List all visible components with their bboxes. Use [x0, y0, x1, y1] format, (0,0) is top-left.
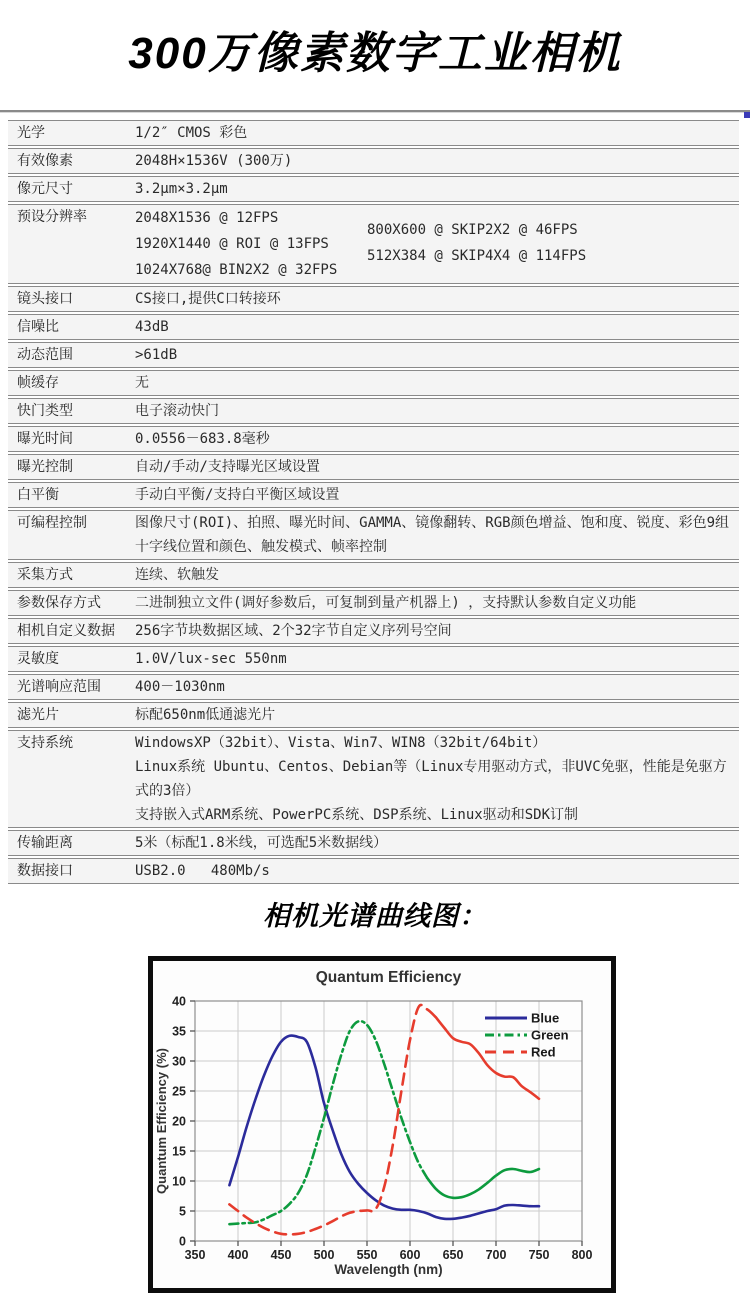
spec-value: 二进制独立文件(调好参数后，可复制到量产机器上) ，支持默认参数自定义功能: [135, 591, 739, 615]
series-red-line-solid: [436, 1017, 539, 1099]
spec-value: 43dB: [135, 315, 739, 339]
table-row: 快门类型电子滚动快门: [8, 398, 739, 424]
table-row: 数据接口USB2.0 480Mb/s: [8, 858, 739, 884]
spec-value: 400－1030nm: [135, 675, 739, 699]
spec-value-line: 1024X768@ BIN2X2 @ 32FPS: [135, 257, 367, 283]
series-green-line-dashed: [229, 1021, 427, 1224]
legend-red-label: Red: [531, 1045, 556, 1060]
spec-value: WindowsXP（32bit）、Vista、Win7、WIN8（32bit/6…: [135, 731, 739, 827]
table-row: 白平衡手动白平衡/支持白平衡区域设置: [8, 482, 739, 508]
spec-value: CS接口,提供C口转接环: [135, 287, 739, 311]
table-row: 相机自定义数据256字节块数据区域、2个32字节自定义序列号空间: [8, 618, 739, 644]
spec-value: 3.2μm×3.2μm: [135, 177, 739, 201]
quantum-efficiency-chart: 0510152025303540350400450500550600650700…: [148, 956, 616, 1293]
spec-label: 预设分辨率: [8, 205, 135, 229]
spec-label: 滤光片: [8, 703, 135, 727]
spec-value: 手动白平衡/支持白平衡区域设置: [135, 483, 739, 507]
spec-label: 帧缓存: [8, 371, 135, 395]
spec-value-line: 800X600 @ SKIP2X2 @ 46FPS: [367, 217, 739, 243]
table-row: 镜头接口CS接口,提供C口转接环: [8, 286, 739, 312]
y-tick-label: 30: [172, 1055, 186, 1069]
corner-blue-mark: [744, 112, 750, 118]
y-tick-label: 40: [172, 995, 186, 1009]
spec-label: 参数保存方式: [8, 591, 135, 615]
spec-value-line: 2048X1536 @ 12FPS: [135, 205, 367, 231]
table-row: 像元尺寸3.2μm×3.2μm: [8, 176, 739, 202]
legend-green-label: Green: [531, 1028, 569, 1043]
spec-value: 256字节块数据区域、2个32字节自定义序列号空间: [135, 619, 739, 643]
x-tick-label: 700: [486, 1248, 507, 1262]
x-axis-label: Wavelength (nm): [334, 1262, 442, 1277]
x-tick-label: 350: [185, 1248, 206, 1262]
table-row: 预设分辨率2048X1536 @ 12FPS1920X1440 @ ROI @ …: [8, 204, 739, 284]
spec-label: 曝光控制: [8, 455, 135, 479]
y-tick-label: 25: [172, 1085, 186, 1099]
spec-value: USB2.0 480Mb/s: [135, 859, 739, 883]
table-row: 支持系统WindowsXP（32bit）、Vista、Win7、WIN8（32b…: [8, 730, 739, 828]
spec-value-columns: 2048X1536 @ 12FPS1920X1440 @ ROI @ 13FPS…: [135, 205, 739, 283]
table-row: 帧缓存无: [8, 370, 739, 396]
spec-value: 标配650nm低通滤光片: [135, 703, 739, 727]
spec-value-column: 800X600 @ SKIP2X2 @ 46FPS512X384 @ SKIP4…: [367, 205, 739, 283]
spec-label: 有效像素: [8, 149, 135, 173]
y-tick-label: 20: [172, 1115, 186, 1129]
spec-value: 图像尺寸(ROI)、拍照、曝光时间、GAMMA、镜像翻转、RGB颜色增益、饱和度…: [135, 511, 739, 559]
x-tick-label: 500: [314, 1248, 335, 1262]
title-divider: [0, 110, 750, 113]
table-row: 传输距离5米（标配1.8米线，可选配5米数据线）: [8, 830, 739, 856]
spec-label: 灵敏度: [8, 647, 135, 671]
table-row: 有效像素2048H×1536V (300万): [8, 148, 739, 174]
y-tick-label: 10: [172, 1175, 186, 1189]
table-row: 可编程控制图像尺寸(ROI)、拍照、曝光时间、GAMMA、镜像翻转、RGB颜色增…: [8, 510, 739, 560]
spec-value: 2048H×1536V (300万): [135, 149, 739, 173]
spec-value: 1.0V/lux-sec 550nm: [135, 647, 739, 671]
chart-title: Quantum Efficiency: [316, 969, 462, 986]
table-row: 曝光控制自动/手动/支持曝光区域设置: [8, 454, 739, 480]
table-row: 采集方式连续、软触发: [8, 562, 739, 588]
spec-value-column: 2048X1536 @ 12FPS1920X1440 @ ROI @ 13FPS…: [135, 205, 367, 283]
table-row: 光学1/2″ CMOS 彩色: [8, 120, 739, 146]
spec-value: 1/2″ CMOS 彩色: [135, 121, 739, 145]
spec-value: 0.0556－683.8毫秒: [135, 427, 739, 451]
x-tick-label: 800: [572, 1248, 593, 1262]
spec-label: 曝光时间: [8, 427, 135, 451]
spec-value-line: 支持嵌入式ARM系统、PowerPC系统、DSP系统、Linux驱动和SDK订制: [135, 803, 733, 827]
y-tick-label: 35: [172, 1025, 186, 1039]
table-row: 信噪比43dB: [8, 314, 739, 340]
spec-value: 无: [135, 371, 739, 395]
x-tick-label: 650: [443, 1248, 464, 1262]
series-green-line-solid: [427, 1169, 539, 1198]
spec-value-line: WindowsXP（32bit）、Vista、Win7、WIN8（32bit/6…: [135, 731, 733, 755]
spec-table: 光学1/2″ CMOS 彩色有效像素2048H×1536V (300万)像元尺寸…: [8, 120, 739, 884]
spec-label: 采集方式: [8, 563, 135, 587]
spec-value-line: Linux系统 Ubuntu、Centos、Debian等（Linux专用驱动方…: [135, 755, 733, 803]
spec-label: 可编程控制: [8, 511, 135, 535]
table-row: 曝光时间0.0556－683.8毫秒: [8, 426, 739, 452]
x-tick-label: 750: [529, 1248, 550, 1262]
y-tick-label: 15: [172, 1145, 186, 1159]
y-axis-label: Quantum Efficiency (%): [154, 1048, 169, 1194]
x-tick-label: 550: [357, 1248, 378, 1262]
spec-label: 数据接口: [8, 859, 135, 883]
spec-label: 像元尺寸: [8, 177, 135, 201]
spec-label: 快门类型: [8, 399, 135, 423]
y-tick-label: 5: [179, 1205, 186, 1219]
x-tick-label: 450: [271, 1248, 292, 1262]
chart-section-title: 相机光谱曲线图：: [0, 898, 750, 934]
spec-label: 相机自定义数据: [8, 619, 135, 643]
spec-label: 白平衡: [8, 483, 135, 507]
spec-value: 电子滚动快门: [135, 399, 739, 423]
y-tick-label: 0: [179, 1235, 186, 1249]
spec-value: 自动/手动/支持曝光区域设置: [135, 455, 739, 479]
page-title: 300万像素数字工业相机: [0, 0, 750, 82]
table-row: 灵敏度1.0V/lux-sec 550nm: [8, 646, 739, 672]
x-tick-label: 400: [228, 1248, 249, 1262]
table-row: 动态范围>61dB: [8, 342, 739, 368]
spec-label: 支持系统: [8, 731, 135, 755]
spec-label: 传输距离: [8, 831, 135, 855]
table-row: 参数保存方式二进制独立文件(调好参数后，可复制到量产机器上) ，支持默认参数自定…: [8, 590, 739, 616]
x-tick-label: 600: [400, 1248, 421, 1262]
spec-label: 光谱响应范围: [8, 675, 135, 699]
spec-value: 连续、软触发: [135, 563, 739, 587]
legend-blue-label: Blue: [531, 1011, 559, 1026]
spec-value-line: 512X384 @ SKIP4X4 @ 114FPS: [367, 243, 739, 269]
spec-value-line: 1920X1440 @ ROI @ 13FPS: [135, 231, 367, 257]
table-row: 滤光片标配650nm低通滤光片: [8, 702, 739, 728]
spec-label: 动态范围: [8, 343, 135, 367]
spec-value: 5米（标配1.8米线，可选配5米数据线）: [135, 831, 739, 855]
table-row: 光谱响应范围400－1030nm: [8, 674, 739, 700]
series-red-line-dashed: [229, 1005, 435, 1234]
spec-label: 镜头接口: [8, 287, 135, 311]
spec-label: 信噪比: [8, 315, 135, 339]
qe-chart-svg: 0510152025303540350400450500550600650700…: [153, 961, 611, 1286]
spec-label: 光学: [8, 121, 135, 145]
spec-value: >61dB: [135, 343, 739, 367]
